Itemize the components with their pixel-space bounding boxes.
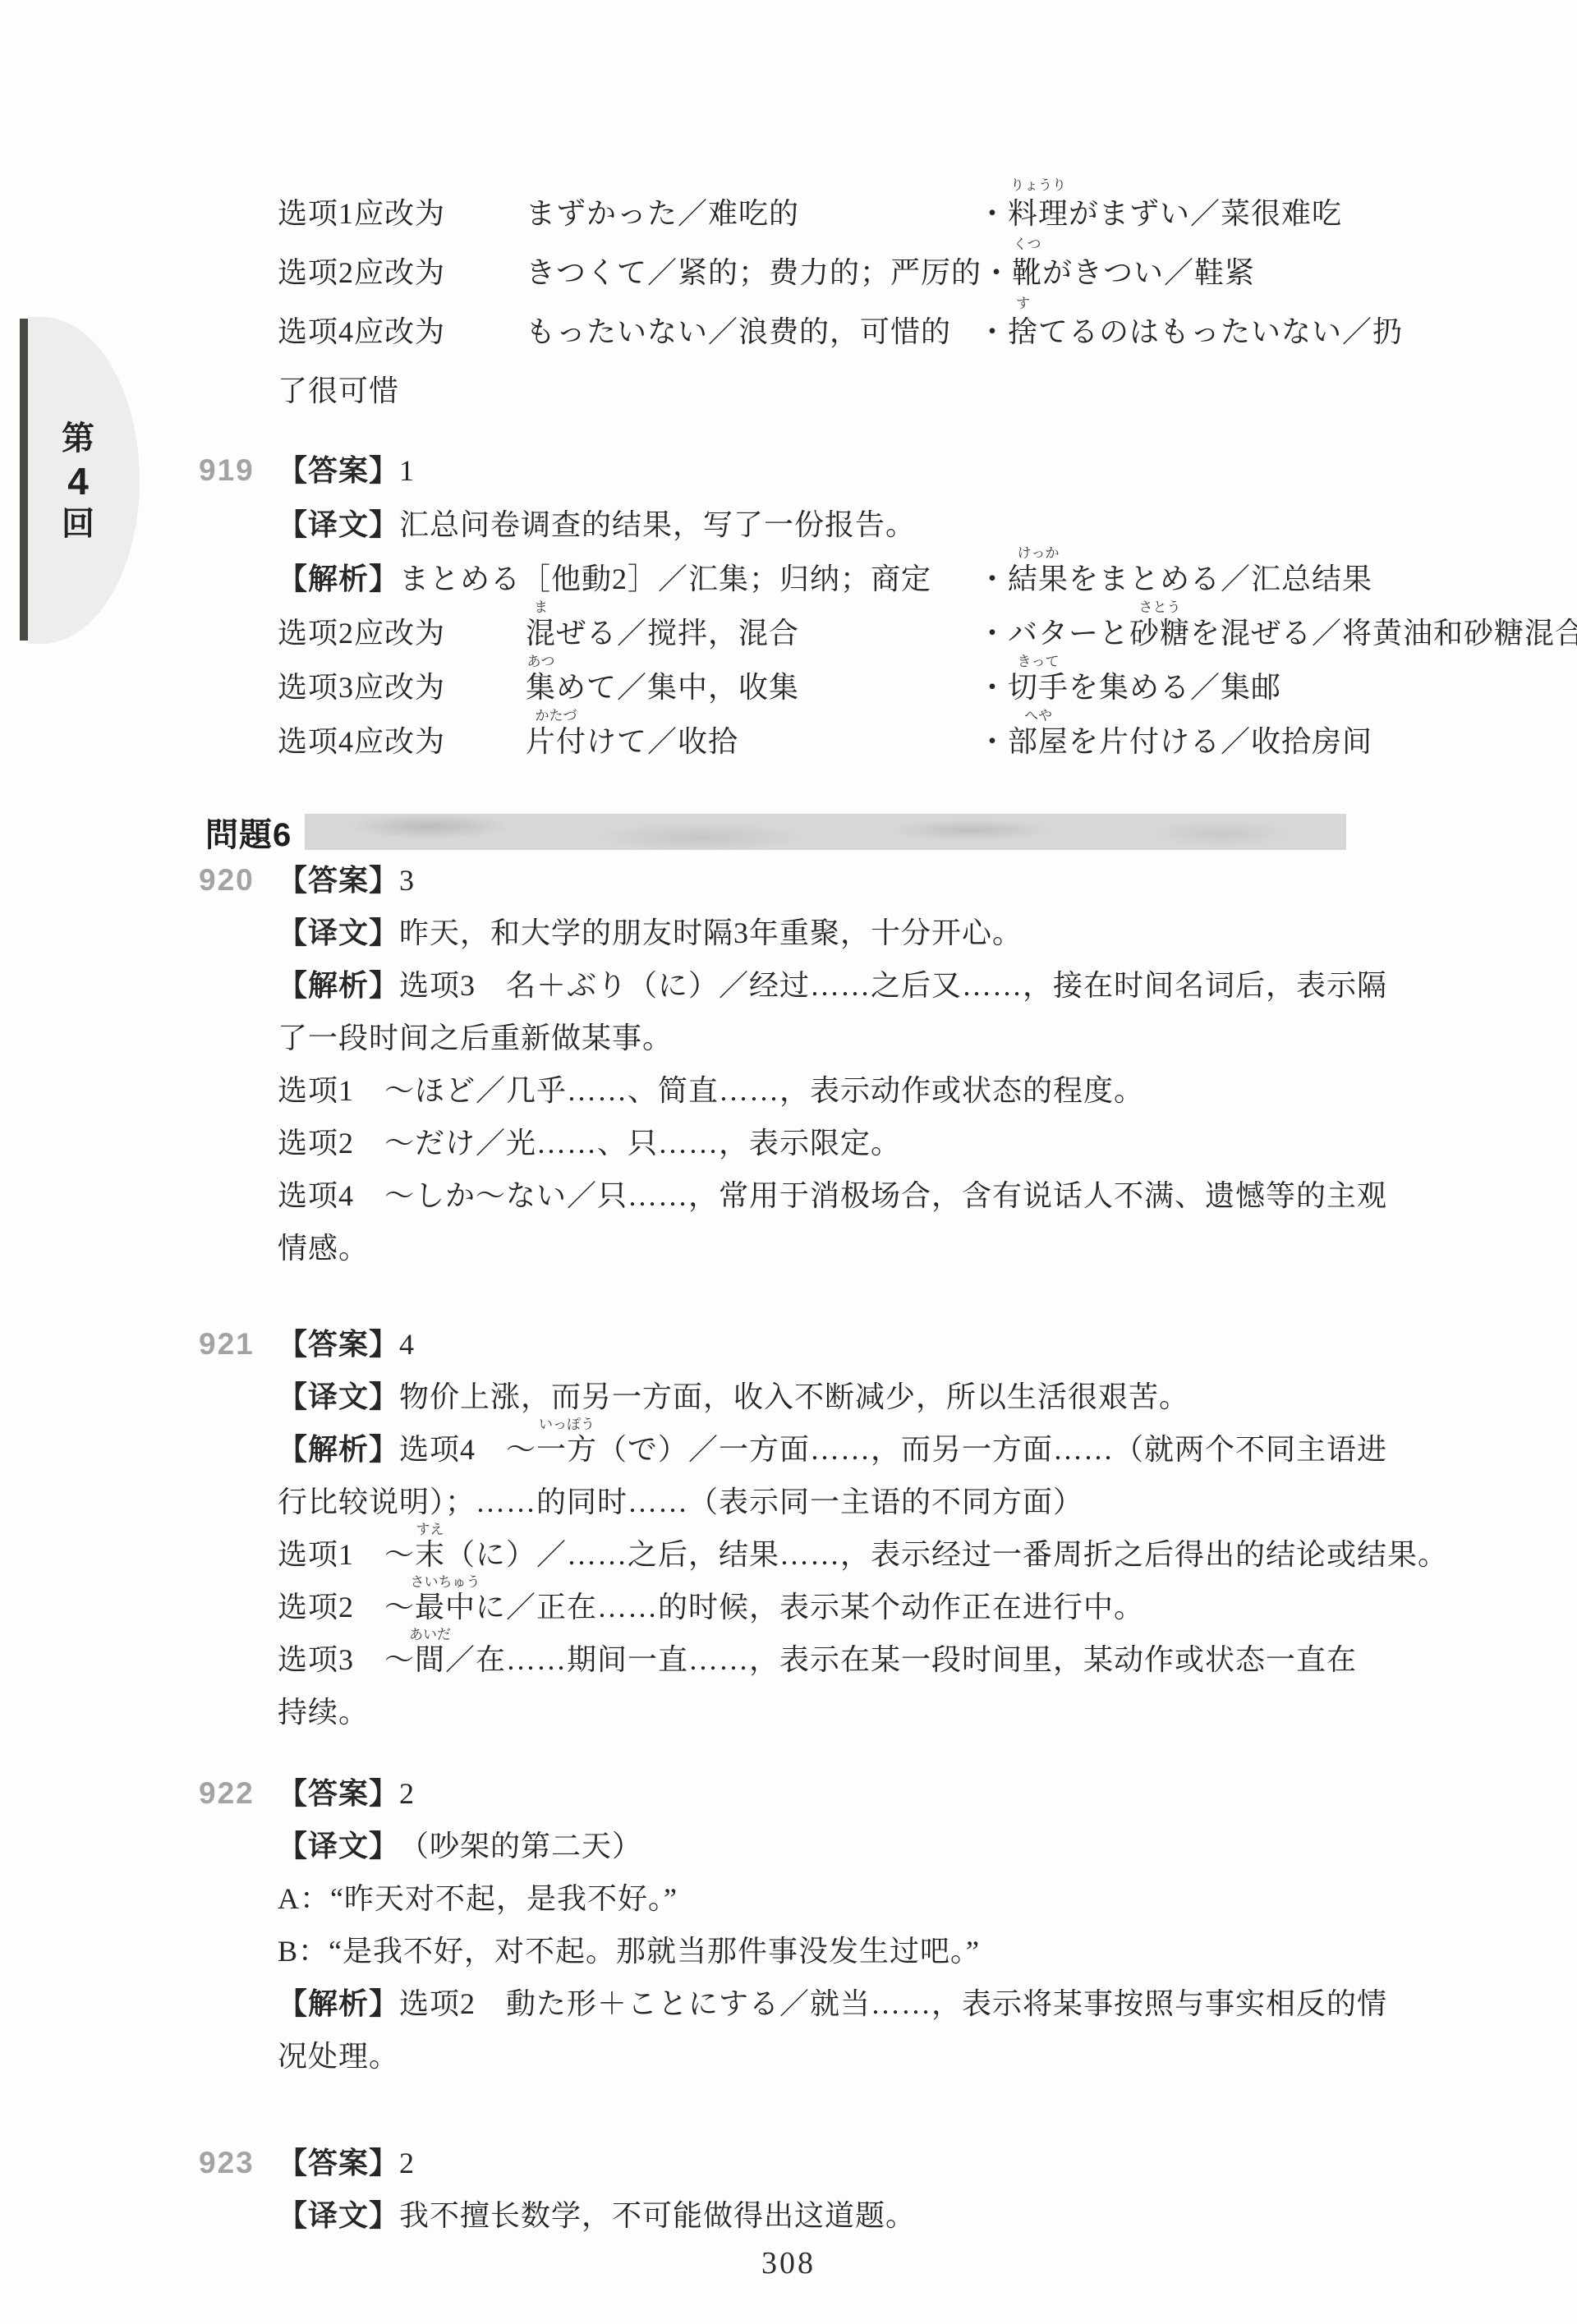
option-row: 选项4应改为 もったいない／浪费的，可惜的 ・捨すてるのはもったいない／扔 [278, 302, 1574, 361]
example-text: ・部屋へやを片付ける／收拾房间 [977, 714, 1574, 769]
option-line: 选项1 ～ほど／几乎……、简直……，表示动作或状态的程度。 [278, 1064, 1574, 1117]
translation-line: 【译文】汇总问卷调查的结果，写了一份报告。 [278, 498, 1574, 552]
example-text: ・靴くつがきつい／鞋紧 [982, 243, 1574, 302]
option-body: 混まぜる／搅拌，混合 [526, 606, 977, 660]
page: { "colors": { "item_number": "#a3a3a3", … [0, 0, 1577, 2324]
translation-line: 【译文】我不擅长数学，不可能做得出这道题。 [278, 2189, 1574, 2242]
option-line: 选项2 ～最中さいちゅうに／正在……的时候，表示某个动作正在进行中。 [278, 1581, 1574, 1633]
option-row: 选项1应改为 まずかった／难吃的 ・料理りょうりがまずい／菜很难吃 [278, 184, 1574, 243]
option-label: 选项3应改为 [278, 660, 526, 714]
analysis-text: 【解析】まとめる［他動2］／汇集；归纳；商定 [278, 552, 977, 606]
translation-line: 【译文】（吵架的第二天） [278, 1820, 1574, 1872]
item-920: 920 【答案】3 【译文】昨天，和大学的朋友时隔3年重聚，十分开心。 【解析】… [278, 854, 1574, 1275]
translation-line: 【译文】昨天，和大学的朋友时隔3年重聚，十分开心。 [278, 907, 1574, 959]
item-922: 922 【答案】2 【译文】（吵架的第二天） A：“昨天对不起，是我不好。” B… [278, 1767, 1574, 2083]
problem-label: 問題6 [205, 809, 292, 856]
option-body: きつくて／紧的；费力的；严厉的 [526, 243, 982, 302]
analysis-line: 【解析】选项2 動た形＋ことにする／就当……，表示将某事按照与事实相反的情 [278, 1977, 1574, 2030]
dialog-line-b: B：“是我不好，对不起。那就当那件事没发生过吧。” [278, 1925, 1574, 1977]
item-number: 922 [199, 1767, 255, 1820]
example-text: ・バターと砂糖さとうを混ぜる／将黄油和砂糖混合 [977, 606, 1577, 660]
option-label: 选项4应改为 [278, 302, 526, 361]
option-line: 选项3 ～間あいだ／在……期间一直……，表示在某一段时间里，某动作或状态一直在 [278, 1633, 1574, 1686]
problem-header: 問題6 [205, 808, 1346, 856]
answer-line: 【答案】2 [278, 2137, 1574, 2189]
option-body: まずかった／难吃的 [526, 184, 977, 243]
analysis-line: 况处理。 [278, 2030, 1574, 2083]
analysis-line: 【解析】选项4 ～一方いっぽう（で）／一方面……，而另一方面……（就两个不同主语… [278, 1423, 1574, 1476]
example-text: ・結果けっかをまとめる／汇总结果 [977, 552, 1574, 606]
option-row: 选项4应改为 片付かたづけて／收拾 ・部屋へやを片付ける／收拾房间 [278, 714, 1574, 769]
option-row: 选项2应改为 混まぜる／搅拌，混合 ・バターと砂糖さとうを混ぜる／将黄油和砂糖混… [278, 606, 1574, 660]
option-line: 持续。 [278, 1686, 1574, 1738]
answer-line: 【答案】4 [278, 1318, 1574, 1371]
carryover-block: 选项1应改为 まずかった／难吃的 ・料理りょうりがまずい／菜很难吃 选项2应改为… [278, 184, 1574, 420]
answer-line: 【答案】3 [278, 854, 1574, 907]
continuation-line: 了很可惜 [278, 361, 1574, 420]
example-text: ・切手きってを集める／集邮 [977, 660, 1574, 714]
answer-line: 【答案】1 [278, 443, 1574, 498]
page-number: 308 [0, 2245, 1577, 2281]
option-body: もったいない／浪费的，可惜的 [526, 302, 977, 361]
tab-char-3: 回 [62, 506, 94, 542]
analysis-line: 【解析】选项3 名＋ぶり（に）／经过……之后又……，接在时间名词后，表示隔 [278, 959, 1574, 1012]
item-919: 919 【答案】1 【译文】汇总问卷调查的结果，写了一份报告。 【解析】まとめる… [278, 443, 1574, 769]
item-number: 923 [199, 2137, 255, 2189]
option-line: 选项4 ～しか～ない／只……，常用于消极场合，含有说话人不满、遗憾等的主观 [278, 1169, 1574, 1222]
item-number: 921 [199, 1318, 255, 1371]
option-line: 选项1 ～末すえ（に）／……之后，结果……，表示经过一番周折之后得出的结论或结果… [278, 1528, 1574, 1581]
option-label: 选项1应改为 [278, 184, 526, 243]
option-label: 选项4应改为 [278, 714, 526, 769]
option-row: 选项3应改为 集あつめて／集中，收集 ・切手きってを集める／集邮 [278, 660, 1574, 714]
analysis-row: 【解析】まとめる［他動2］／汇集；归纳；商定 ・結果けっかをまとめる／汇总结果 [278, 552, 1574, 606]
option-body: 片付かたづけて／收拾 [526, 714, 977, 769]
item-923: 923 【答案】2 【译文】我不擅长数学，不可能做得出这道题。 [278, 2137, 1574, 2242]
example-text: ・捨すてるのはもったいない／扔 [977, 302, 1574, 361]
analysis-line: 行比较说明）；……的同时……（表示同一主语的不同方面） [278, 1476, 1574, 1528]
tab-label: 第 4 回 [28, 420, 128, 542]
option-row: 选项2应改为 きつくて／紧的；费力的；严厉的 ・靴くつがきつい／鞋紧 [278, 243, 1574, 302]
tab-char-2: 4 [67, 462, 89, 501]
header-band [305, 814, 1346, 850]
option-line: 情感。 [278, 1222, 1574, 1275]
sidebar-tab: 第 4 回 [0, 317, 148, 644]
example-text: ・料理りょうりがまずい／菜很难吃 [977, 184, 1574, 243]
option-line: 选项2 ～だけ／光……、只……，表示限定。 [278, 1117, 1574, 1169]
analysis-line: 了一段时间之后重新做某事。 [278, 1012, 1574, 1064]
translation-line: 【译文】物价上涨，而另一方面，收入不断减少，所以生活很艰苦。 [278, 1371, 1574, 1423]
item-number: 920 [199, 854, 255, 907]
item-number: 919 [199, 443, 255, 498]
option-label: 选项2应改为 [278, 606, 526, 660]
option-label: 选项2应改为 [278, 243, 526, 302]
dialog-line-a: A：“昨天对不起，是我不好。” [278, 1872, 1574, 1925]
option-body: 集あつめて／集中，收集 [526, 660, 977, 714]
answer-line: 【答案】2 [278, 1767, 1574, 1820]
tab-char-1: 第 [62, 420, 94, 457]
item-921: 921 【答案】4 【译文】物价上涨，而另一方面，收入不断减少，所以生活很艰苦。… [278, 1318, 1574, 1738]
